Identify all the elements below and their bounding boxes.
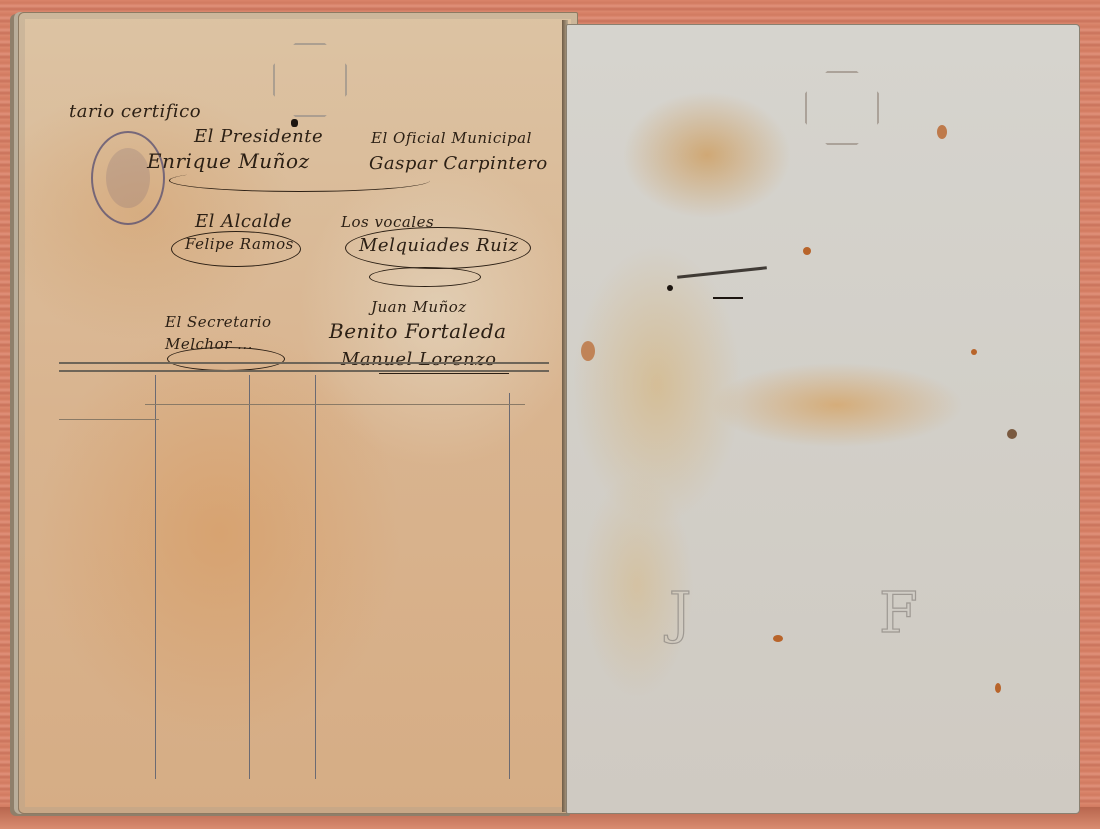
foxing-stain: [995, 683, 1001, 693]
signature-vocal-3: Benito Fortaleda: [329, 319, 507, 343]
watermark-letter-j: J: [669, 581, 691, 646]
table-column-line: [155, 375, 156, 779]
ink-fragment: [713, 297, 743, 299]
right-page: J F: [566, 24, 1080, 814]
foxing-stain: [1007, 429, 1017, 439]
signature-vocal-2: Juan Muñoz: [371, 298, 467, 316]
signature-oficial: Gaspar Carpintero: [369, 153, 548, 174]
table-column-line: [315, 375, 316, 779]
foxing-stain: [803, 247, 811, 255]
table-header-rule: [145, 404, 525, 405]
table-top-rule: [59, 370, 549, 372]
ink-fragment: [677, 266, 767, 278]
ink-seal-icon: [91, 131, 165, 225]
signature-flourish: [345, 227, 531, 269]
signature-vocal-4: Manuel Lorenzo: [341, 349, 496, 370]
foxing-stain: [971, 349, 977, 355]
table-column-line: [509, 393, 510, 779]
role-presidente: El Presidente: [194, 126, 323, 147]
header-fragment: tario certifico: [69, 101, 201, 122]
foxing-stain: [581, 341, 595, 361]
signature-flourish: [171, 231, 301, 267]
signature-underline: [379, 373, 509, 374]
role-secretario: El Secretario: [165, 313, 272, 331]
table-top-rule: [59, 362, 549, 364]
ink-fragment: [667, 285, 673, 291]
role-oficial: El Oficial Municipal: [371, 129, 532, 147]
watermark-letter-f: F: [879, 581, 918, 646]
role-alcalde: El Alcalde: [195, 211, 292, 232]
embossed-seal-icon: [273, 43, 347, 117]
foxing-stain: [773, 635, 783, 642]
embossed-seal-icon: [805, 71, 879, 145]
signature-flourish: [167, 347, 285, 371]
signature-flourish: [369, 267, 481, 287]
table-header-rule: [59, 419, 159, 420]
table-column-line: [249, 375, 250, 779]
left-page: tario certifico El Presidente Enrique Mu…: [18, 12, 578, 814]
foxing-stain: [937, 125, 947, 139]
